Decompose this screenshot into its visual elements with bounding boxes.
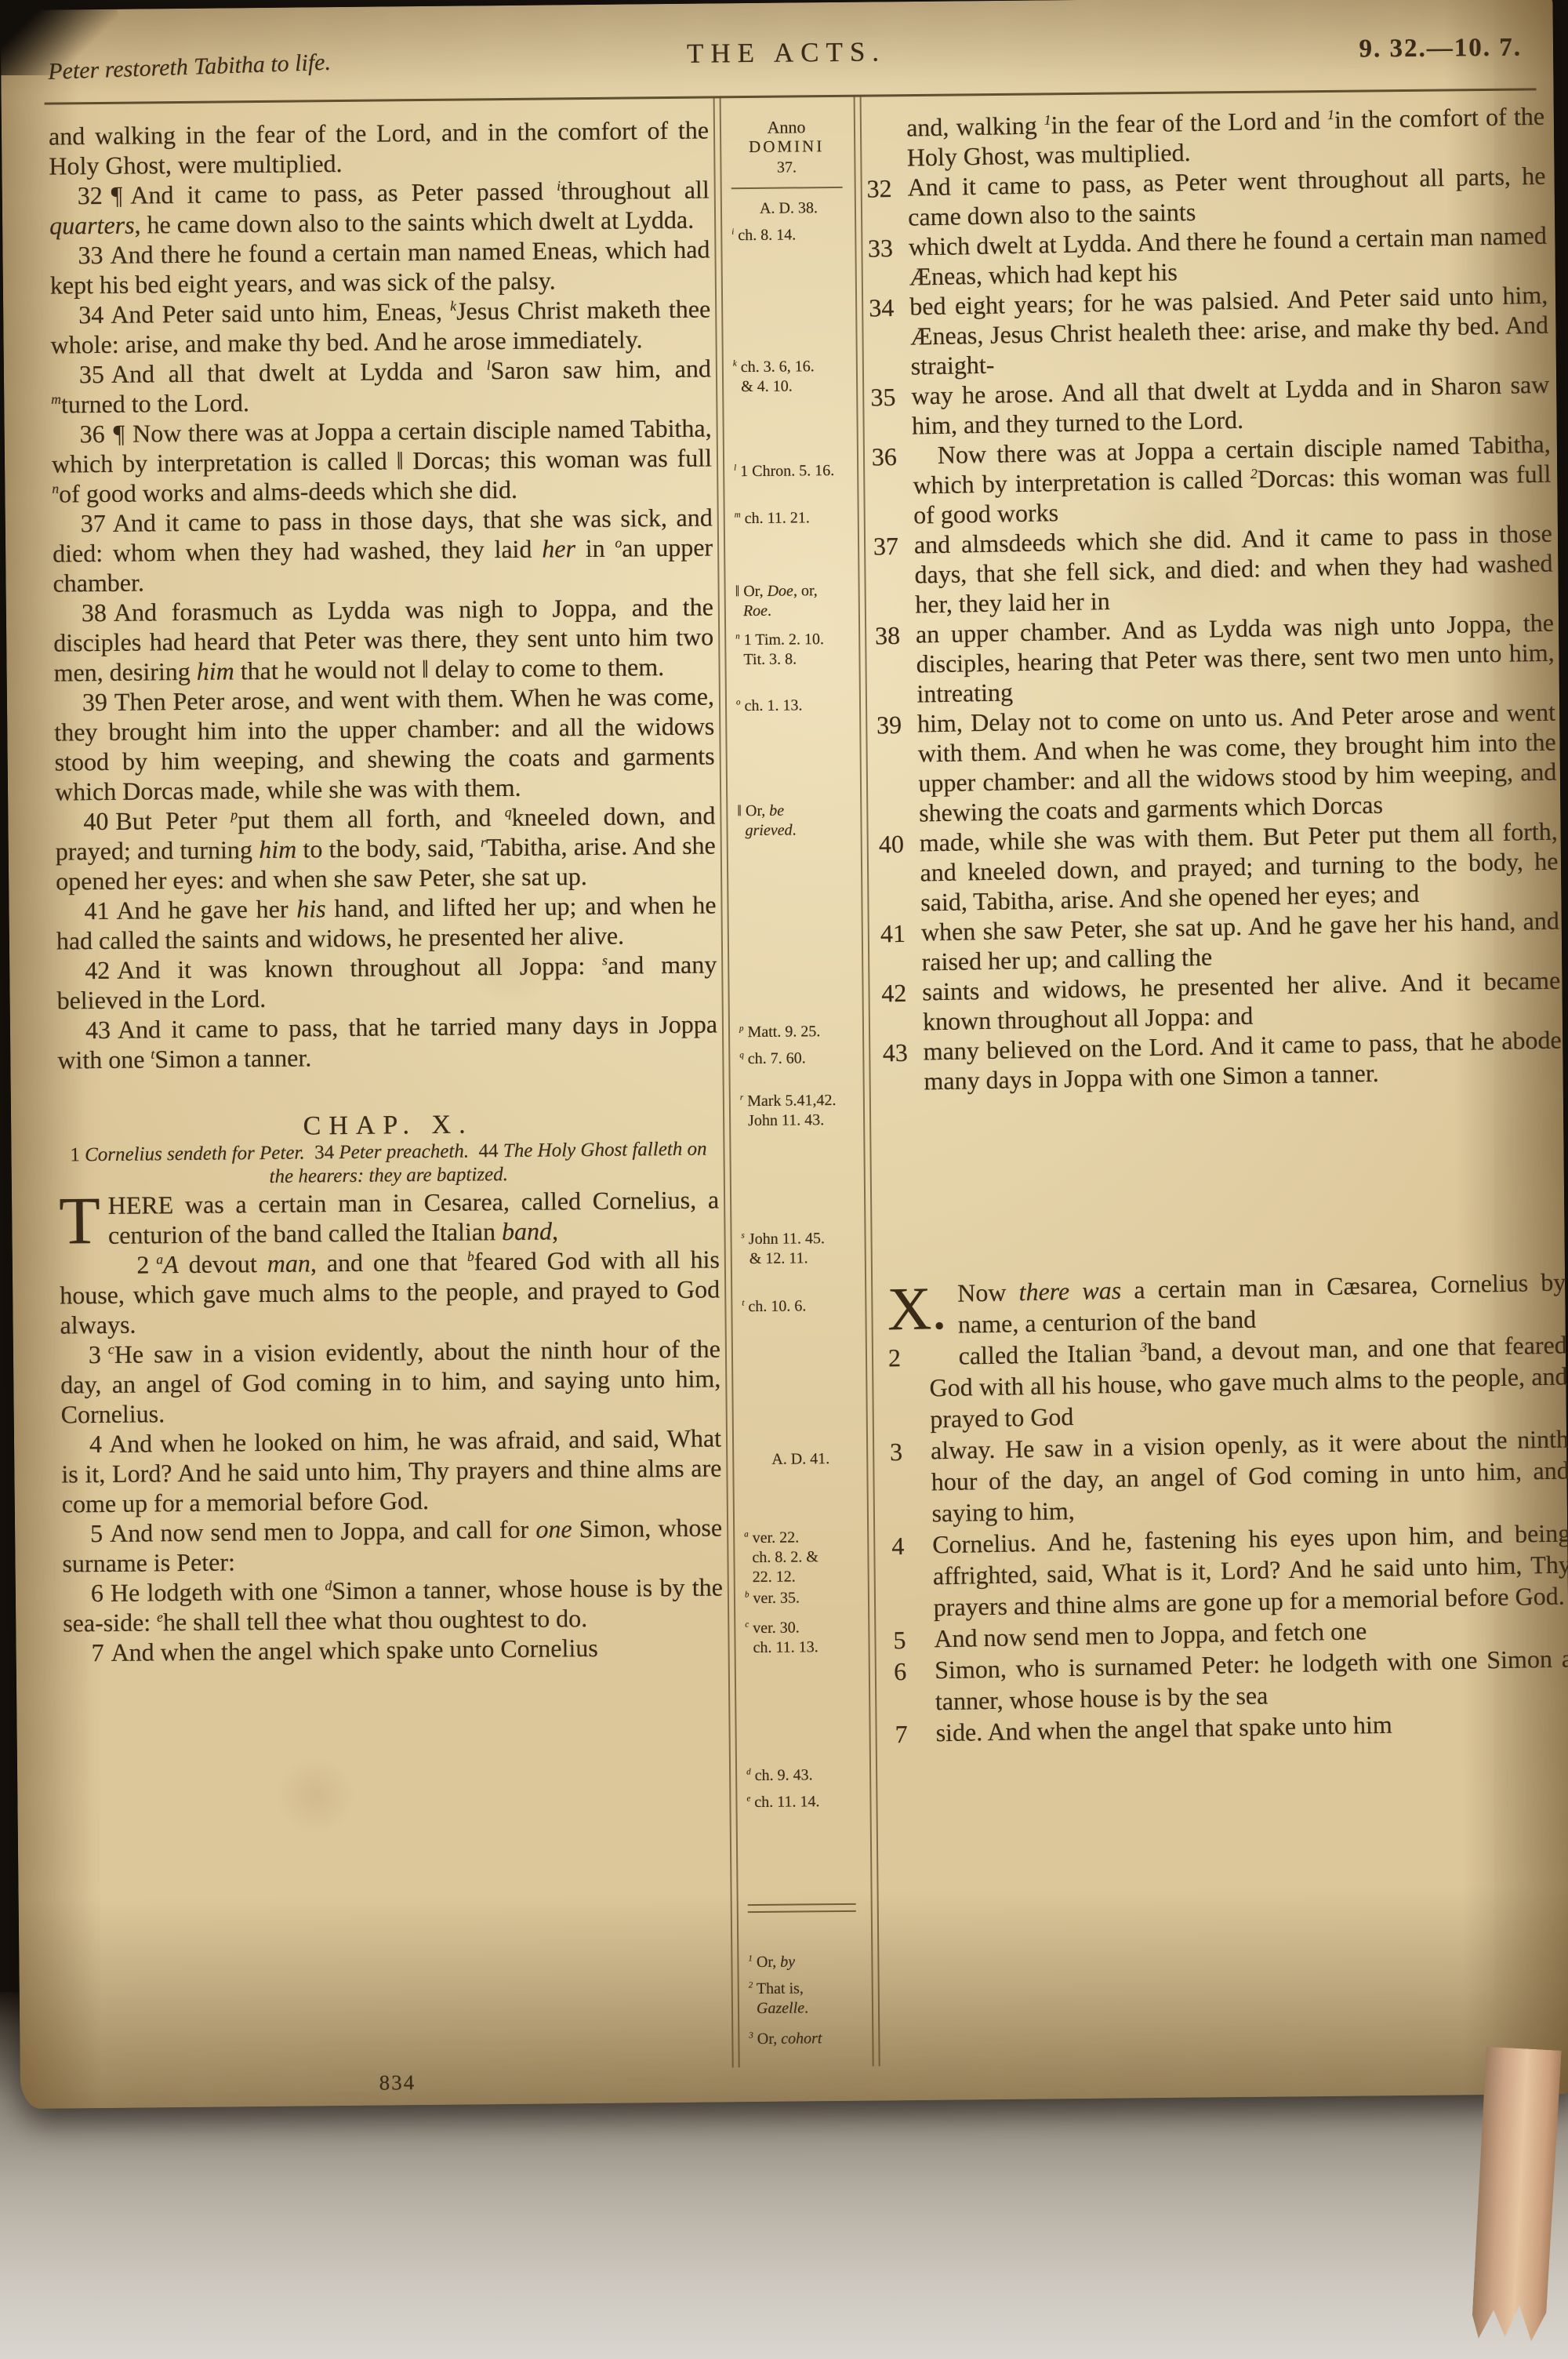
verse-number: 32 bbox=[78, 181, 103, 209]
kjv-verse: 40But Peter pput them all forth, and qkn… bbox=[55, 800, 716, 896]
rv-verse-text: made, while she was with them. But Peter… bbox=[920, 817, 1559, 917]
margin-note: 2 That is,Gazelle. bbox=[749, 1979, 863, 2019]
rv-column: and, walking 1in the fear of the Lord an… bbox=[866, 101, 1568, 1750]
rv-verse: 40made, while she was with them. But Pet… bbox=[879, 816, 1559, 918]
kjv-verse: 3cHe saw in a vision evidently, about th… bbox=[60, 1333, 721, 1429]
margin-note: ‖ Or, begrieved. bbox=[737, 801, 851, 841]
verse-text: And all that dwelt at Lydda and lSaron s… bbox=[51, 354, 711, 418]
kjv-verse: 41And he gave her his hand, and lifted h… bbox=[56, 889, 717, 955]
kjv-verse: 7And when the angel which spake unto Cor… bbox=[63, 1631, 723, 1667]
verse-text: And when he looked on him, he was afraid… bbox=[61, 1423, 721, 1518]
verse-text: And forasmuch as Lydda was nigh to Joppa… bbox=[53, 592, 713, 686]
kjv-verse: 2aA devout man, and one that bfeared God… bbox=[60, 1244, 720, 1339]
rv-verse-text: and almsdeeds which she did. And it came… bbox=[914, 519, 1553, 619]
rv-verse-number: 7 bbox=[895, 1718, 908, 1750]
verse-number: 33 bbox=[78, 241, 103, 269]
verse-number: 38 bbox=[82, 598, 107, 627]
margin-note: p Matt. 9. 25. bbox=[739, 1022, 854, 1042]
rv-verse-number: 6 bbox=[894, 1656, 907, 1687]
kjv-verse: 6He lodgeth with one dSimon a tanner, wh… bbox=[63, 1572, 724, 1637]
verse-number: 36 bbox=[80, 420, 105, 448]
rv-verse-number: 2 bbox=[888, 1342, 902, 1373]
rv-verse: 36 Now there was at Joppa a certain disc… bbox=[871, 429, 1552, 531]
rv-verse-number: 4 bbox=[891, 1530, 905, 1561]
rv-verse-number: 37 bbox=[873, 531, 899, 562]
chapter-summary: 1 Cornelius sendeth for Peter. 34 Peter … bbox=[58, 1137, 719, 1190]
anno-line: 37. bbox=[724, 158, 848, 179]
kjv-verse: 42And it was known throughout all Joppa:… bbox=[56, 949, 717, 1015]
verse-number: 34 bbox=[78, 300, 103, 329]
rv-verse-text: when she saw Peter, she sat up. And he g… bbox=[921, 907, 1560, 976]
verse-text: He lodgeth with one dSimon a tanner, who… bbox=[63, 1572, 723, 1637]
margin-note: ‖ Or, Doe, or,Roe. bbox=[735, 581, 850, 621]
rv-verse-number: 40 bbox=[879, 829, 905, 860]
kjv-verses: and walking in the fear of the Lord, and… bbox=[49, 115, 718, 1075]
kjv-verse: 5And now send men to Joppa, and call for… bbox=[62, 1512, 723, 1578]
rv-verse: 34bed eight years; for he was palsied. A… bbox=[869, 280, 1549, 382]
rv-verse: 3alway. He saw in a vision openly, as it… bbox=[890, 1423, 1568, 1529]
verse-text: And it came to pass in those days, that … bbox=[53, 503, 713, 597]
rv-verse-text: side. And when the angel that spake unto… bbox=[935, 1710, 1392, 1747]
verse-text: And there he found a certain man named E… bbox=[50, 235, 710, 300]
running-head-left: Peter restoreth Tabitha to life. bbox=[48, 49, 332, 85]
rv-verse: 2called the Italian 3band, a devout man,… bbox=[887, 1329, 1568, 1435]
verse-number: 43 bbox=[85, 1016, 111, 1044]
verse-text: And it was known throughout all Joppa: s… bbox=[56, 950, 717, 1014]
rv-verse-text: which dwelt at Lydda. And there he found… bbox=[909, 221, 1548, 291]
kjv-verse: and walking in the fear of the Lord, and… bbox=[49, 115, 710, 181]
verse-number: 39 bbox=[82, 688, 107, 716]
rv-verse-text: called the Italian 3band, a devout man, … bbox=[929, 1330, 1568, 1433]
verse-text: cHe saw in a vision evidently, about the… bbox=[60, 1334, 720, 1428]
verse-number: 5 bbox=[90, 1519, 103, 1547]
rv-verse-number: 41 bbox=[880, 918, 906, 949]
margin-note: d ch. 9. 43. bbox=[746, 1765, 861, 1786]
margin-note: s John 11. 45.& 12. 11. bbox=[741, 1229, 855, 1269]
margin-note: 1 Or, by bbox=[748, 1952, 862, 1972]
kjv-verse: 34And Peter said unto him, Eneas, kJesus… bbox=[50, 294, 711, 360]
rv-verse: 43many believed on the Lord. And it came… bbox=[882, 1025, 1562, 1097]
anno-line: DOMINI bbox=[724, 136, 848, 158]
drop-cap: T bbox=[59, 1195, 100, 1252]
verse-text: Then Peter arose, and went with them. Wh… bbox=[54, 682, 715, 805]
verse-text: And when the angel which spake unto Corn… bbox=[111, 1634, 598, 1667]
margin-column: Anno DOMINI 37. A. D. 38. i ch. 8. 14. k… bbox=[723, 2, 867, 2089]
pilcrow: ¶ bbox=[113, 420, 125, 448]
rv-verse-text: him, Delay not to come on unto us. And P… bbox=[917, 698, 1557, 827]
margin-note: o ch. 1. 13. bbox=[736, 696, 851, 716]
verse-text: Now there was at Joppa a certain discipl… bbox=[52, 413, 712, 507]
margin-note: n 1 Tim. 2. 10.Tit. 3. 8. bbox=[735, 630, 850, 670]
margin-note: a ver. 22.ch. 8. 2. &22. 12. bbox=[744, 1528, 859, 1587]
margin-note: b ver. 35. bbox=[745, 1588, 859, 1608]
verse-number: 40 bbox=[83, 807, 108, 835]
rv-verse-number: 32 bbox=[866, 173, 892, 204]
kjv-chapter-verses: THERE was a certain man in Cesarea, call… bbox=[59, 1184, 724, 1667]
rv-verse-number: 33 bbox=[868, 233, 894, 264]
rv-verse: 4Cornelius. And he, fastening his eyes u… bbox=[891, 1517, 1568, 1623]
verse-number: 41 bbox=[84, 896, 109, 925]
page-locator: 9. 32.—10. 7. bbox=[1359, 34, 1522, 64]
margin-note: A. D. 41. bbox=[743, 1449, 858, 1470]
rv-verse: 38an upper chamber. And as Lydda was nig… bbox=[875, 608, 1555, 710]
kjv-verse: 33And there he found a certain man named… bbox=[49, 234, 710, 300]
anno-rule bbox=[731, 187, 843, 189]
page-inner: Peter restoreth Tabitha to life. THE ACT… bbox=[0, 0, 1568, 2109]
verse-number: 6 bbox=[91, 1579, 103, 1607]
rv-verses: and, walking 1in the fear of the Lord an… bbox=[866, 101, 1563, 1097]
verse-text: and walking in the fear of the Lord, and… bbox=[49, 116, 709, 180]
kjv-verse: 38And forasmuch as Lydda was nigh to Jop… bbox=[53, 591, 714, 687]
margin-note: e ch. 11. 14. bbox=[746, 1792, 861, 1812]
rv-verse-text: Simon, who is surnamed Peter: he lodgeth… bbox=[935, 1644, 1568, 1715]
margin-note: i ch. 8. 14. bbox=[731, 225, 846, 245]
rv-verse-number: 38 bbox=[875, 620, 901, 651]
rv-verse-number: 36 bbox=[871, 442, 897, 472]
margin-note: A. D. 38. bbox=[731, 198, 846, 219]
margin-note: t ch. 10. 6. bbox=[742, 1296, 856, 1317]
rv-verse: 37and almsdeeds which she did. And it ca… bbox=[873, 518, 1554, 620]
margin-note: m ch. 11. 21. bbox=[735, 508, 849, 529]
verse-text: aA devout man, and one that bfeared God … bbox=[60, 1245, 720, 1339]
rv-verse-text: saints and widows, he presented her aliv… bbox=[922, 966, 1561, 1036]
rv-verse-number: 3 bbox=[890, 1436, 903, 1467]
verse-text: And Peter said unto him, Eneas, kJesus C… bbox=[50, 295, 710, 359]
verse-number: 3 bbox=[89, 1340, 101, 1369]
kjv-verse: 35And all that dwelt at Lydda and lSaron… bbox=[51, 353, 712, 419]
rv-chapter-verses: 2called the Italian 3band, a devout man,… bbox=[887, 1329, 1568, 1749]
rv-verse-text: bed eight years; for he was palsied. And… bbox=[909, 281, 1548, 380]
kjv-verse: 36¶Now there was at Joppa a certain disc… bbox=[51, 413, 712, 508]
margin-note: l 1 Chron. 5. 16. bbox=[734, 461, 848, 482]
pilcrow: ¶ bbox=[111, 181, 123, 209]
rv-verse-text: Now there was at Joppa a certain discipl… bbox=[912, 430, 1551, 529]
margin-note: r Mark 5.41,42.John 11. 43. bbox=[740, 1091, 855, 1131]
anno-line: Anno bbox=[724, 117, 848, 138]
verse-text: But Peter pput them all forth, and qknee… bbox=[56, 801, 716, 895]
kjv-verse: 37And it came to pass in those days, tha… bbox=[53, 502, 713, 598]
anno-domini: Anno DOMINI 37. bbox=[724, 117, 849, 190]
margin-note: c ver. 30.ch. 11. 13. bbox=[745, 1618, 859, 1658]
rv-verse-text: and, walking 1in the fear of the Lord an… bbox=[906, 102, 1545, 172]
rv-verse-text: an upper chamber. And as Lydda was nigh … bbox=[916, 609, 1555, 708]
verse-number: 35 bbox=[79, 360, 104, 388]
margin-note: 3 Or, cohort bbox=[749, 2029, 863, 2049]
rv-verse-number: 5 bbox=[893, 1624, 906, 1656]
rv-verse-text: Now there was a certain man in Cæsarea, … bbox=[957, 1267, 1566, 1338]
rv-verse-text: way he arose. And all that dwelt at Lydd… bbox=[911, 370, 1550, 440]
verse-number: 2 bbox=[136, 1250, 149, 1278]
margin-note: q ch. 7. 60. bbox=[739, 1049, 854, 1069]
page-number: 834 bbox=[67, 2067, 728, 2098]
rv-verse-number: 34 bbox=[869, 293, 895, 323]
verse-text: And it came to pass, as Peter passed ith… bbox=[49, 176, 710, 240]
kjv-verse: 4And when he looked on him, he was afrai… bbox=[61, 1423, 722, 1518]
kjv-column: and walking in the fear of the Lord, and… bbox=[49, 115, 724, 1668]
rv-chapter: X. Now there was a certain man in Cæsare… bbox=[887, 1266, 1568, 1749]
book-page: Peter restoreth Tabitha to life. THE ACT… bbox=[0, 0, 1568, 2109]
verse-number: 7 bbox=[91, 1638, 103, 1667]
verse-text: And he gave her his hand, and lifted her… bbox=[56, 890, 717, 954]
rv-verse: 39him, Delay not to come on unto us. And… bbox=[877, 697, 1558, 829]
verse-text: HERE was a certain man in Cesarea, calle… bbox=[107, 1185, 719, 1249]
verse-number: 42 bbox=[85, 956, 110, 984]
rv-verse-text: Cornelius. And he, fastening his eyes up… bbox=[932, 1518, 1568, 1621]
kjv-verse: THERE was a certain man in Cesarea, call… bbox=[59, 1184, 720, 1250]
rv-verse-text: alway. He saw in a vision openly, as it … bbox=[931, 1424, 1568, 1527]
verse-number: 37 bbox=[81, 509, 106, 537]
rv-verse-number: 43 bbox=[882, 1038, 908, 1068]
margin-note-rule bbox=[748, 1903, 856, 1913]
rv-verse-text: many believed on the Lord. And it came t… bbox=[923, 1026, 1562, 1096]
kjv-verse: 43And it came to pass, that he tarried m… bbox=[57, 1009, 718, 1074]
rv-verse-text: And it came to pass, as Peter went throu… bbox=[907, 162, 1546, 231]
kjv-verse: 32¶And it came to pass, as Peter passed … bbox=[49, 175, 710, 241]
kjv-verse: 39Then Peter arose, and went with them. … bbox=[54, 681, 715, 806]
verse-number: 4 bbox=[89, 1430, 102, 1458]
rv-verse-number: 39 bbox=[877, 710, 902, 740]
rv-verse-number: 35 bbox=[870, 382, 896, 413]
verse-text: And it came to pass, that he tarried man… bbox=[57, 1009, 717, 1074]
verse-text: And now send men to Joppa, and call for … bbox=[62, 1513, 722, 1577]
margin-note: k ch. 3. 6, 16.& 4. 10. bbox=[733, 357, 848, 397]
rv-verse-number: 42 bbox=[881, 978, 907, 1009]
